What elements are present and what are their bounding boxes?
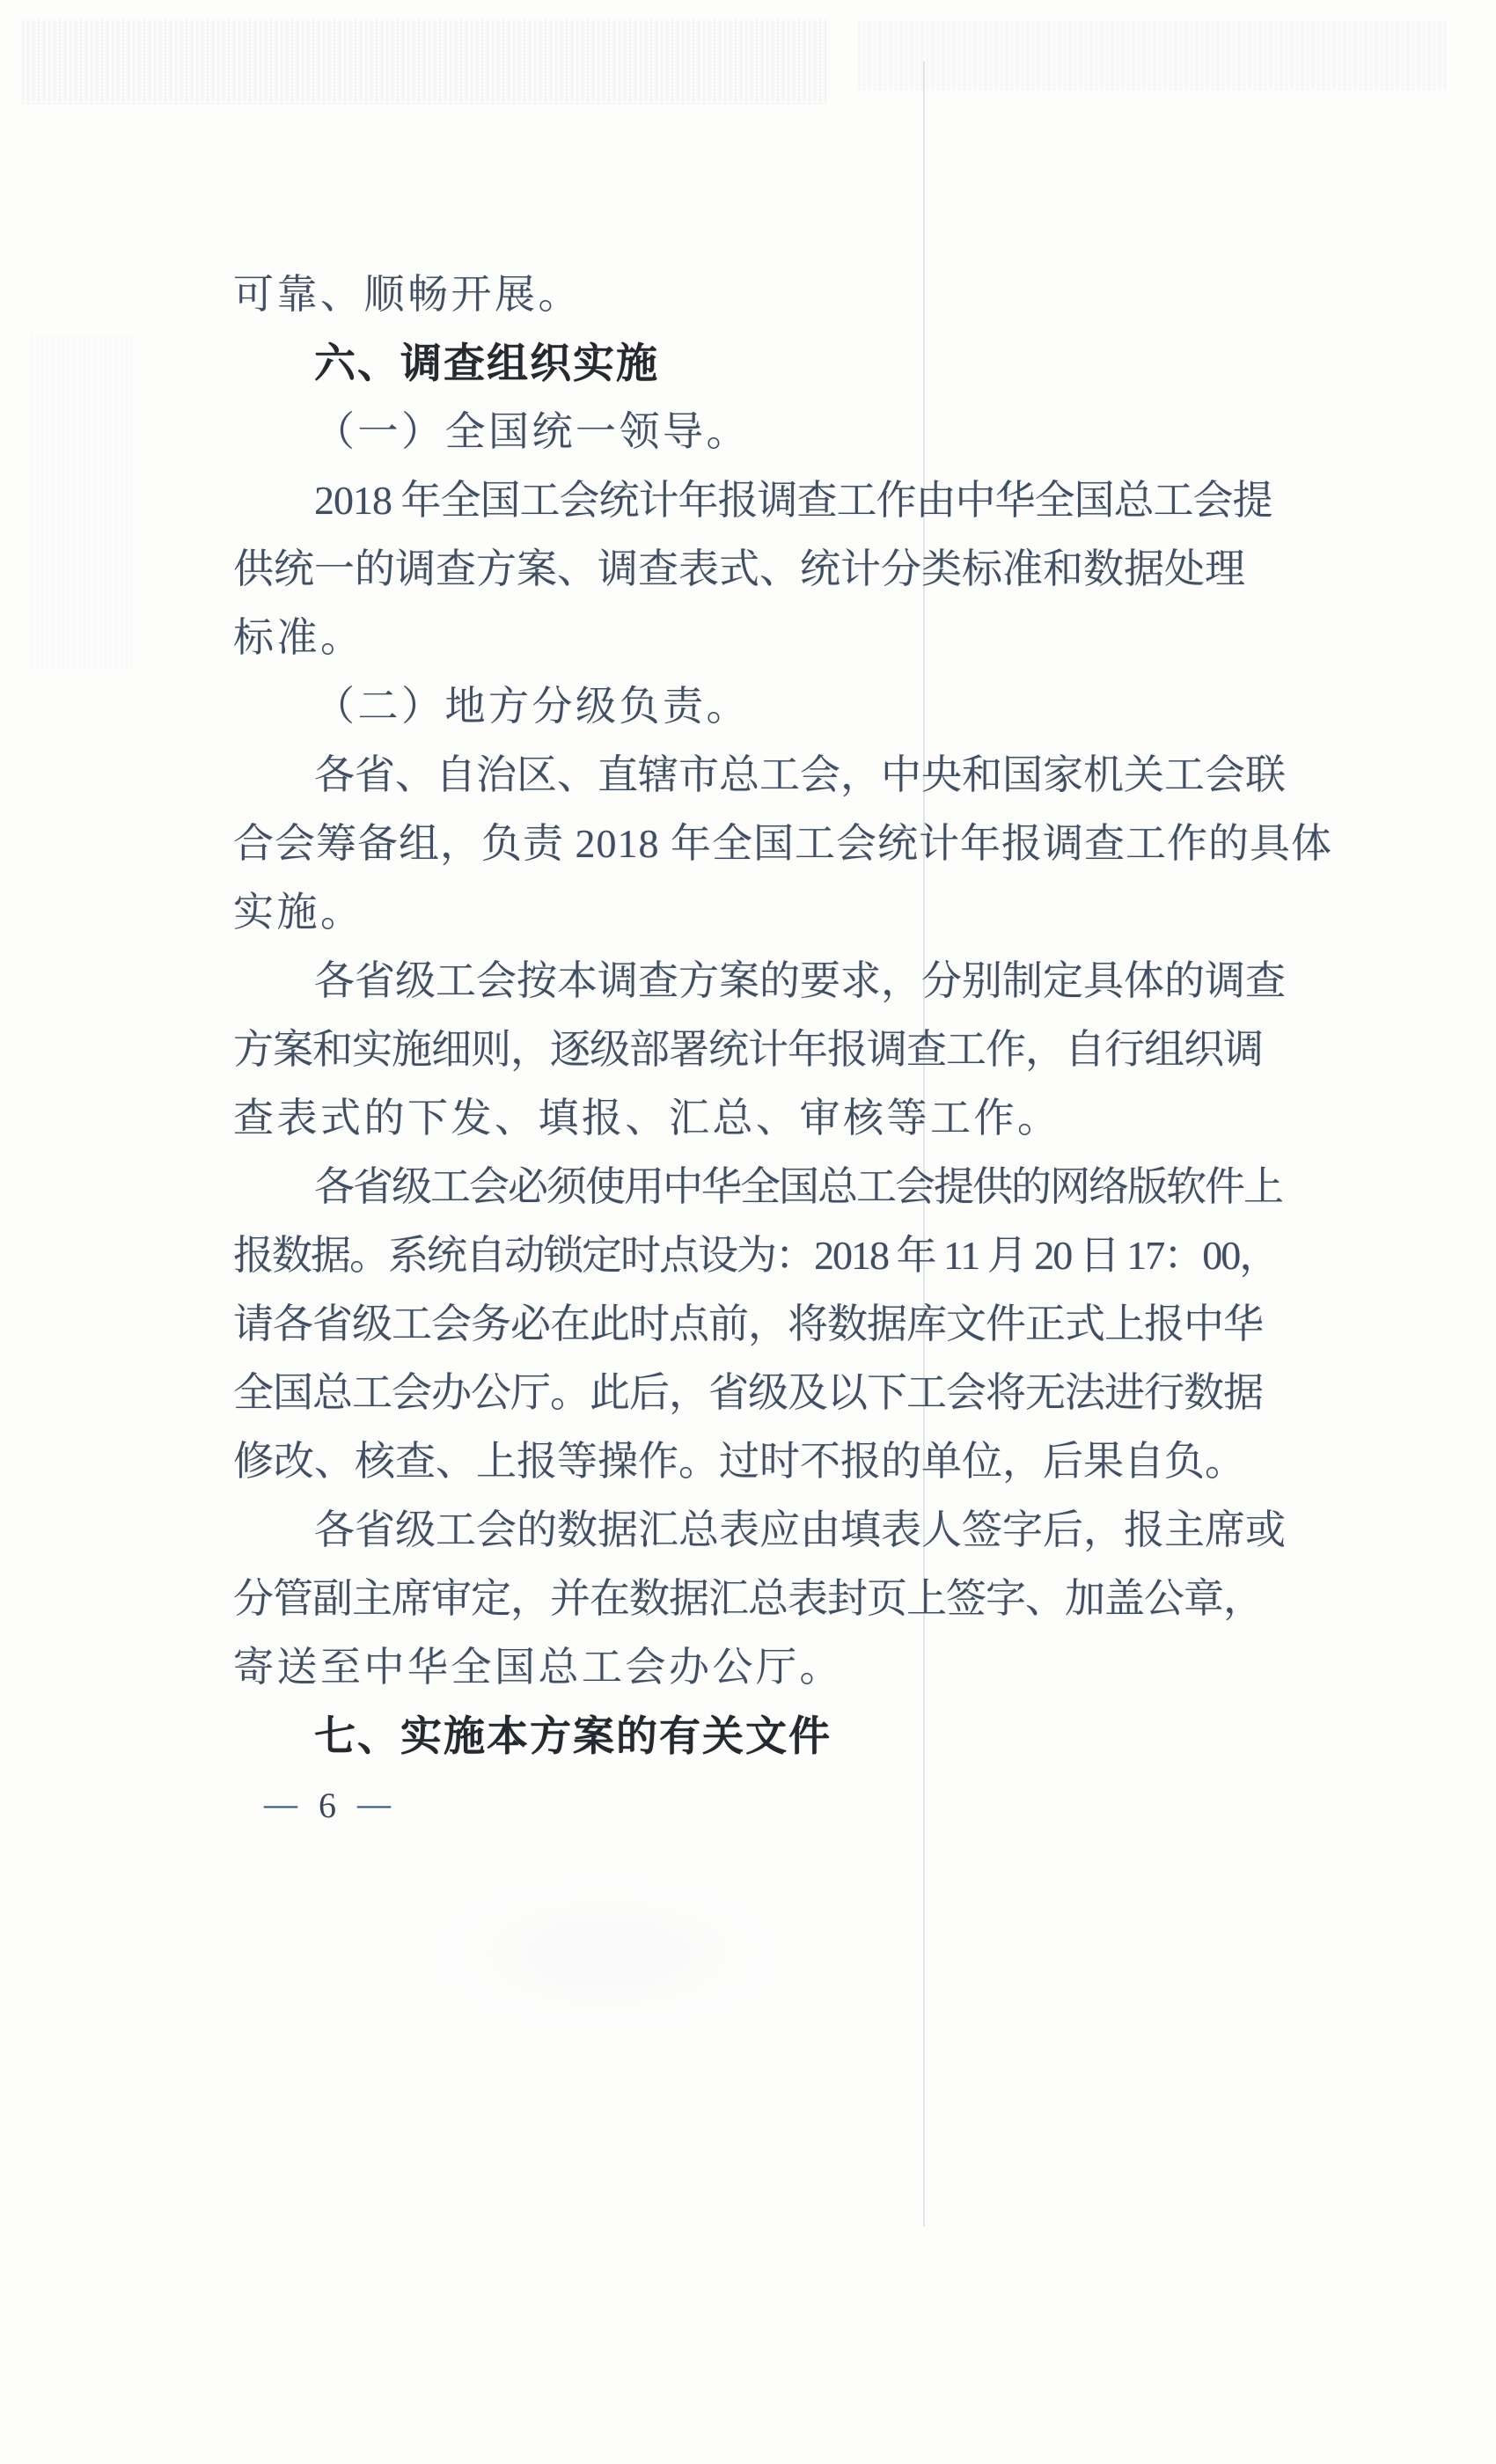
text-line: 标准。 bbox=[233, 604, 1289, 672]
text-line: 全国总工会办公厅。此后，省级及以下工会将无法进行数据 bbox=[233, 1359, 1289, 1427]
text-line: 各省、自治区、直辖市总工会，中央和国家机关工会联 bbox=[233, 741, 1289, 810]
text-line: 供统一的调查方案、调查表式、统计分类标准和数据处理 bbox=[233, 535, 1289, 604]
text-line: 方案和实施细则，逐级部署统计年报调查工作，自行组织调 bbox=[233, 1016, 1289, 1084]
text-line: 查表式的下发、填报、汇总、审核等工作。 bbox=[233, 1084, 1289, 1153]
text-line: 请各省级工会务必在此时点前，将数据库文件正式上报中华 bbox=[233, 1290, 1289, 1359]
text-line: 修改、核查、上报等操作。过时不报的单位，后果自负。 bbox=[233, 1427, 1289, 1496]
text-line: 各省级工会必须使用中华全国总工会提供的网络版软件上 bbox=[233, 1153, 1289, 1221]
page-number-dash-left: — bbox=[264, 1789, 297, 1820]
text-line: 各省级工会的数据汇总表应由填表人签字后，报主席或 bbox=[233, 1496, 1289, 1565]
text-line: 合会筹备组，负责 2018 年全国工会统计年报调查工作的具体 bbox=[233, 810, 1289, 878]
text-line: 各省级工会按本调查方案的要求，分别制定具体的调查 bbox=[233, 947, 1289, 1016]
section-heading-7: 七、实施本方案的有关文件 bbox=[233, 1702, 1289, 1771]
document-body: 可靠、顺畅开展。 六、调查组织实施 （一）全国统一领导。 2018 年全国工会统… bbox=[233, 260, 1289, 1771]
scan-noise-left-margin bbox=[31, 334, 136, 669]
text-line: 分管副主席审定，并在数据汇总表封页上签字、加盖公章， bbox=[233, 1565, 1289, 1633]
page-number-dash-right: — bbox=[357, 1789, 391, 1820]
text-line: 2018 年全国工会统计年报调查工作由中华全国总工会提 bbox=[233, 466, 1289, 535]
text-line: 寄送至中华全国总工会办公厅。 bbox=[233, 1633, 1289, 1702]
page-number: 6 bbox=[319, 1785, 336, 1826]
scan-noise-top-left bbox=[22, 19, 827, 104]
scan-noise-top-right bbox=[858, 21, 1448, 90]
subsection-heading-2: （二）地方分级负责。 bbox=[233, 672, 1289, 741]
page-footer: — 6 — bbox=[264, 1783, 391, 1827]
section-heading-6: 六、调查组织实施 bbox=[233, 329, 1289, 398]
subsection-heading-1: （一）全国统一领导。 bbox=[233, 398, 1289, 466]
text-line: 可靠、顺畅开展。 bbox=[233, 260, 1289, 329]
text-line: 报数据。系统自动锁定时点设为：2018 年 11 月 20 日 17：00， bbox=[233, 1221, 1289, 1290]
scan-smudge bbox=[422, 1874, 792, 2033]
text-line: 实施。 bbox=[233, 878, 1289, 947]
document-page: 可靠、顺畅开展。 六、调查组织实施 （一）全国统一领导。 2018 年全国工会统… bbox=[0, 0, 1496, 2464]
